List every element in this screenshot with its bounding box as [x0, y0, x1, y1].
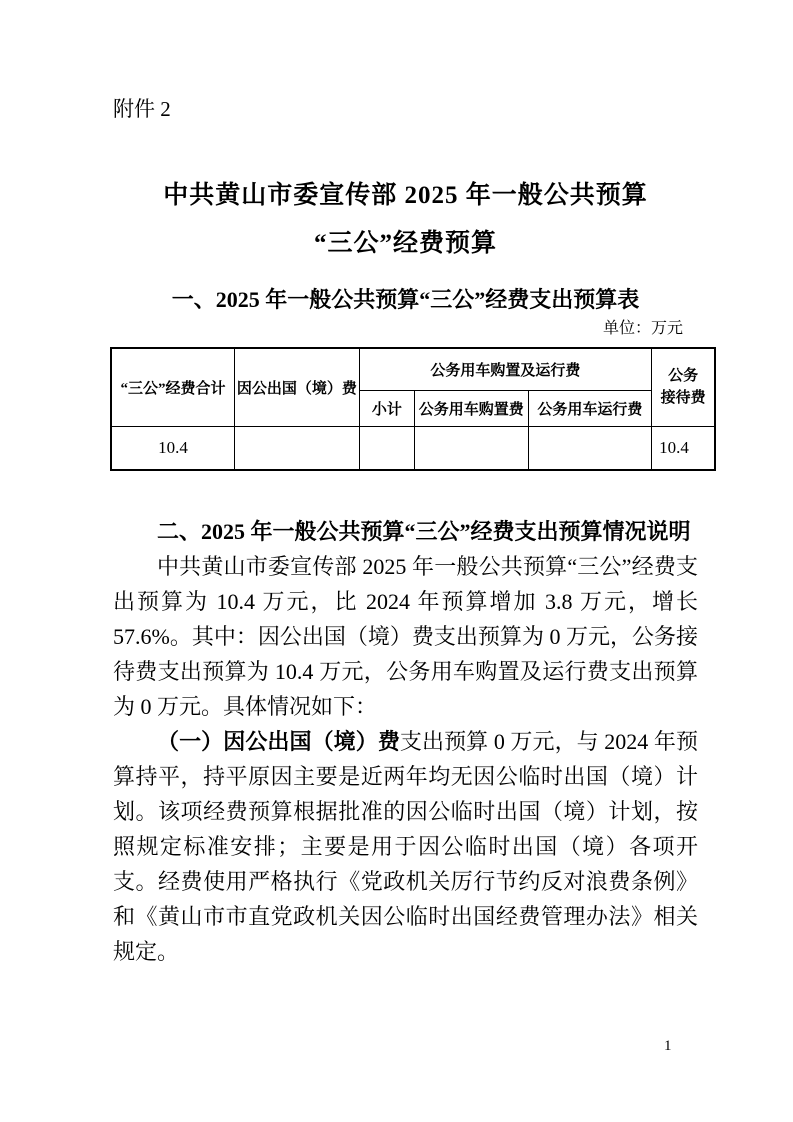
- document-page: 附件 2 中共黄山市委宣传部 2025 年一般公共预算 “三公”经费预算 一、2…: [0, 0, 793, 1122]
- attachment-label: 附件 2: [113, 96, 698, 122]
- cell-reception: 10.4: [652, 426, 715, 470]
- cell-car-purchase: [414, 426, 528, 470]
- page-number: 1: [664, 1036, 672, 1056]
- header-car-subtotal: 小计: [359, 390, 414, 426]
- cell-abroad: [235, 426, 360, 470]
- header-total: “三公”经费合计: [111, 348, 235, 426]
- table-data-row: 10.4 10.4: [111, 426, 715, 470]
- header-car-purchase: 公务用车购置费: [414, 390, 528, 426]
- document-title-line1: 中共黄山市委宣传部 2025 年一般公共预算: [113, 172, 698, 220]
- paragraph-abroad: （一）因公出国（境）费支出预算 0 万元，与 2024 年预算持平，持平原因主要…: [113, 724, 698, 969]
- cell-car-operation: [528, 426, 652, 470]
- cell-car-subtotal: [359, 426, 414, 470]
- header-car-group: 公务用车购置及运行费: [359, 348, 651, 390]
- cell-total: 10.4: [111, 426, 235, 470]
- document-content: 附件 2 中共黄山市委宣传部 2025 年一般公共预算 “三公”经费预算 一、2…: [113, 0, 698, 969]
- header-reception: 公务 接待费: [652, 348, 715, 426]
- budget-table: “三公”经费合计 因公出国（境）费 公务用车购置及运行费 公务 接待费 小计 公…: [110, 347, 716, 471]
- table-header-row-1: “三公”经费合计 因公出国（境）费 公务用车购置及运行费 公务 接待费: [111, 348, 715, 390]
- unit-note: 单位：万元: [113, 318, 698, 339]
- header-car-operation: 公务用车运行费: [528, 390, 652, 426]
- document-title-line2: “三公”经费预算: [113, 220, 698, 268]
- paragraph-summary: 中共黄山市委宣传部 2025 年一般公共预算“三公”经费支出预算为 10.4 万…: [113, 549, 698, 724]
- paragraph-abroad-rest: 支出预算 0 万元，与 2024 年预算持平，持平原因主要是近两年均无因公临时出…: [113, 729, 698, 964]
- section2-heading: 二、2025 年一般公共预算“三公”经费支出预算情况说明: [113, 514, 698, 549]
- header-abroad: 因公出国（境）费: [235, 348, 360, 426]
- paragraph-abroad-lead: （一）因公出国（境）费: [157, 729, 400, 754]
- document-title: 中共黄山市委宣传部 2025 年一般公共预算 “三公”经费预算: [113, 172, 698, 268]
- section1-heading: 一、2025 年一般公共预算“三公”经费支出预算表: [113, 283, 698, 317]
